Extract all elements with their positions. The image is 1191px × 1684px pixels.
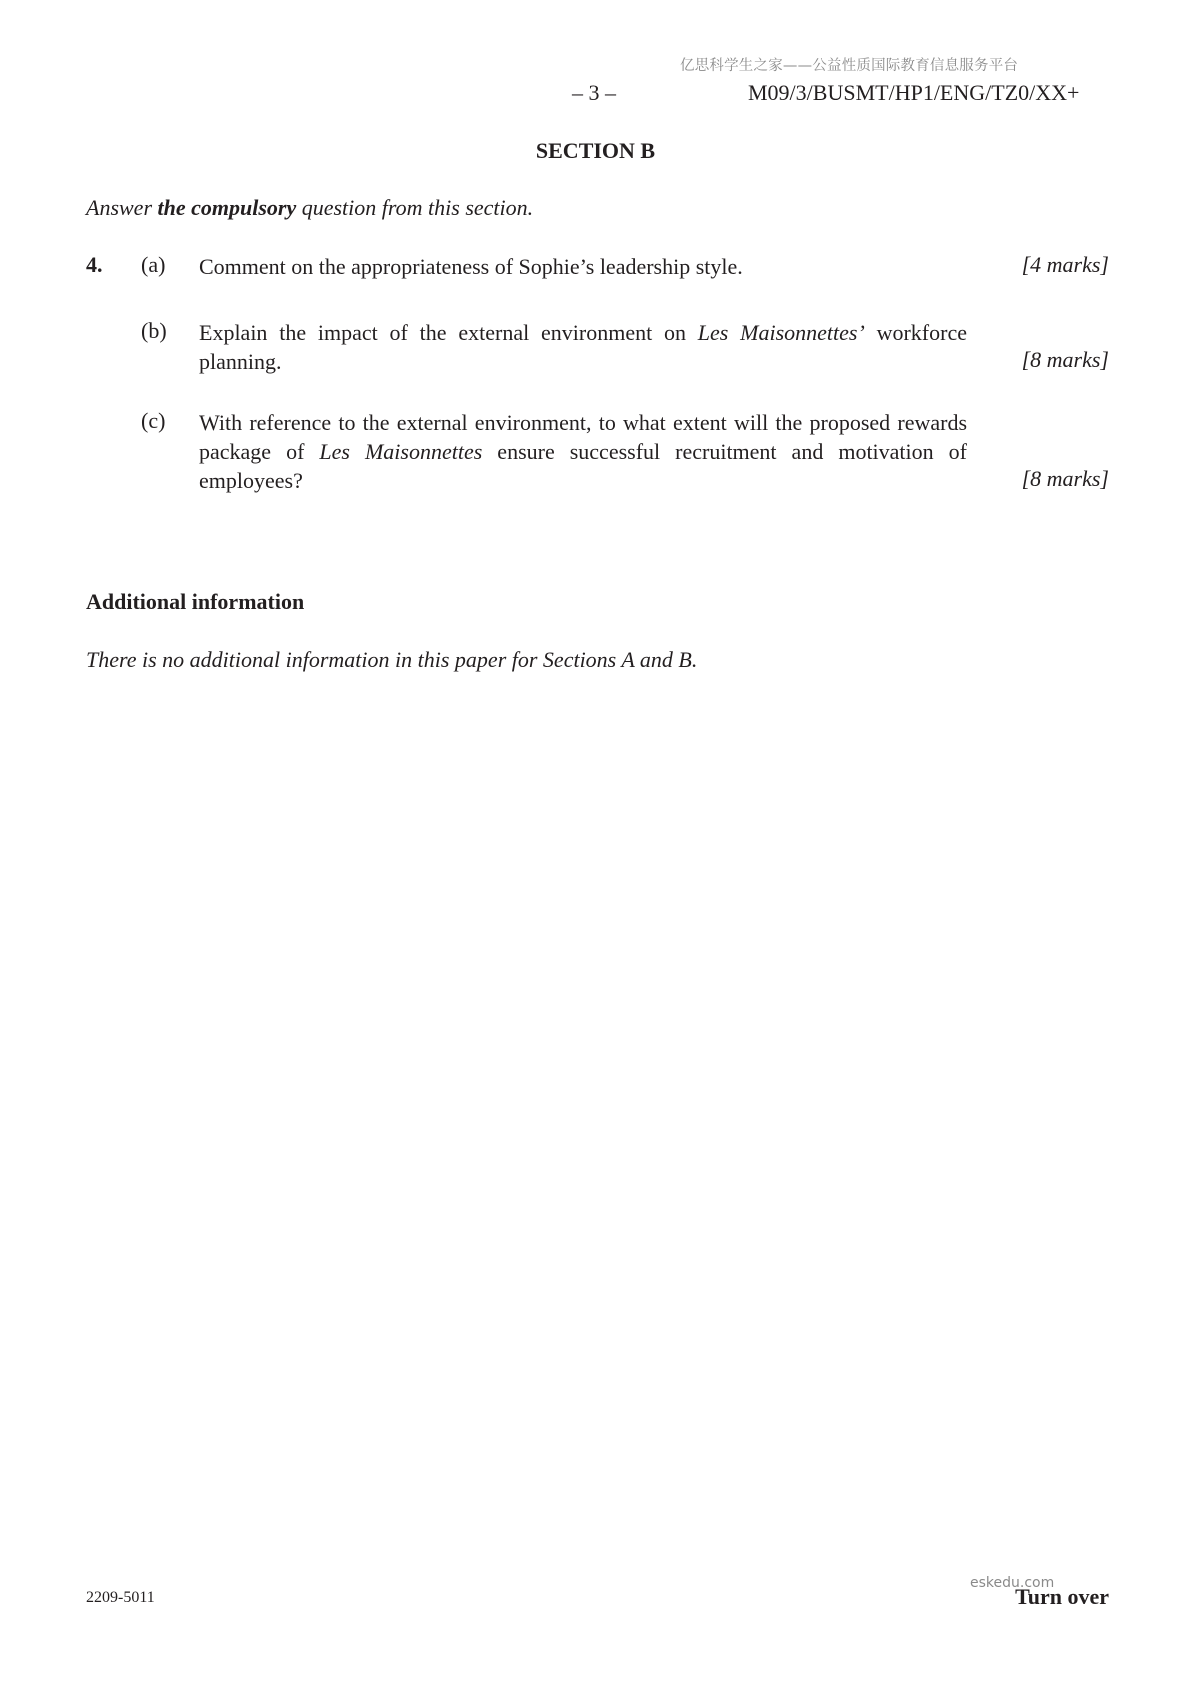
question-marks: [8 marks]	[1022, 347, 1109, 373]
question-part-label: (b)	[141, 318, 167, 344]
instruction-emphasis: the compulsory	[158, 195, 297, 220]
instruction-text: Answer	[86, 195, 158, 220]
question-part-text: Explain the impact of the external envir…	[199, 318, 967, 376]
question-marks: [4 marks]	[1022, 252, 1109, 278]
question-part-text: Comment on the appropriateness of Sophie…	[199, 252, 999, 281]
watermark-header: 亿思科学生之家——公益性质国际教育信息服务平台	[680, 54, 1018, 75]
paper-code: M09/3/BUSMT/HP1/ENG/TZ0/XX+	[748, 80, 1079, 106]
company-name: Les Maisonnettes’	[698, 320, 865, 345]
watermark-footer: eskedu.com	[970, 1575, 1054, 1591]
additional-info-text: There is no additional information in th…	[86, 647, 697, 673]
instruction-text: question from this section.	[296, 195, 533, 220]
question-marks: [8 marks]	[1022, 466, 1109, 492]
page-number: – 3 –	[572, 80, 616, 106]
section-instruction: Answer the compulsory question from this…	[86, 195, 533, 221]
section-title: SECTION B	[0, 138, 1191, 164]
company-name: Les Maisonnettes	[319, 439, 482, 464]
question-part-label: (c)	[141, 408, 165, 434]
additional-info-heading: Additional information	[86, 589, 304, 615]
question-part-label: (a)	[141, 252, 165, 278]
part-text: Explain the impact of the external envir…	[199, 320, 698, 345]
footer-code: 2209-5011	[86, 1589, 155, 1607]
question-number: 4.	[86, 252, 103, 278]
question-part-text: With reference to the external environme…	[199, 408, 967, 495]
